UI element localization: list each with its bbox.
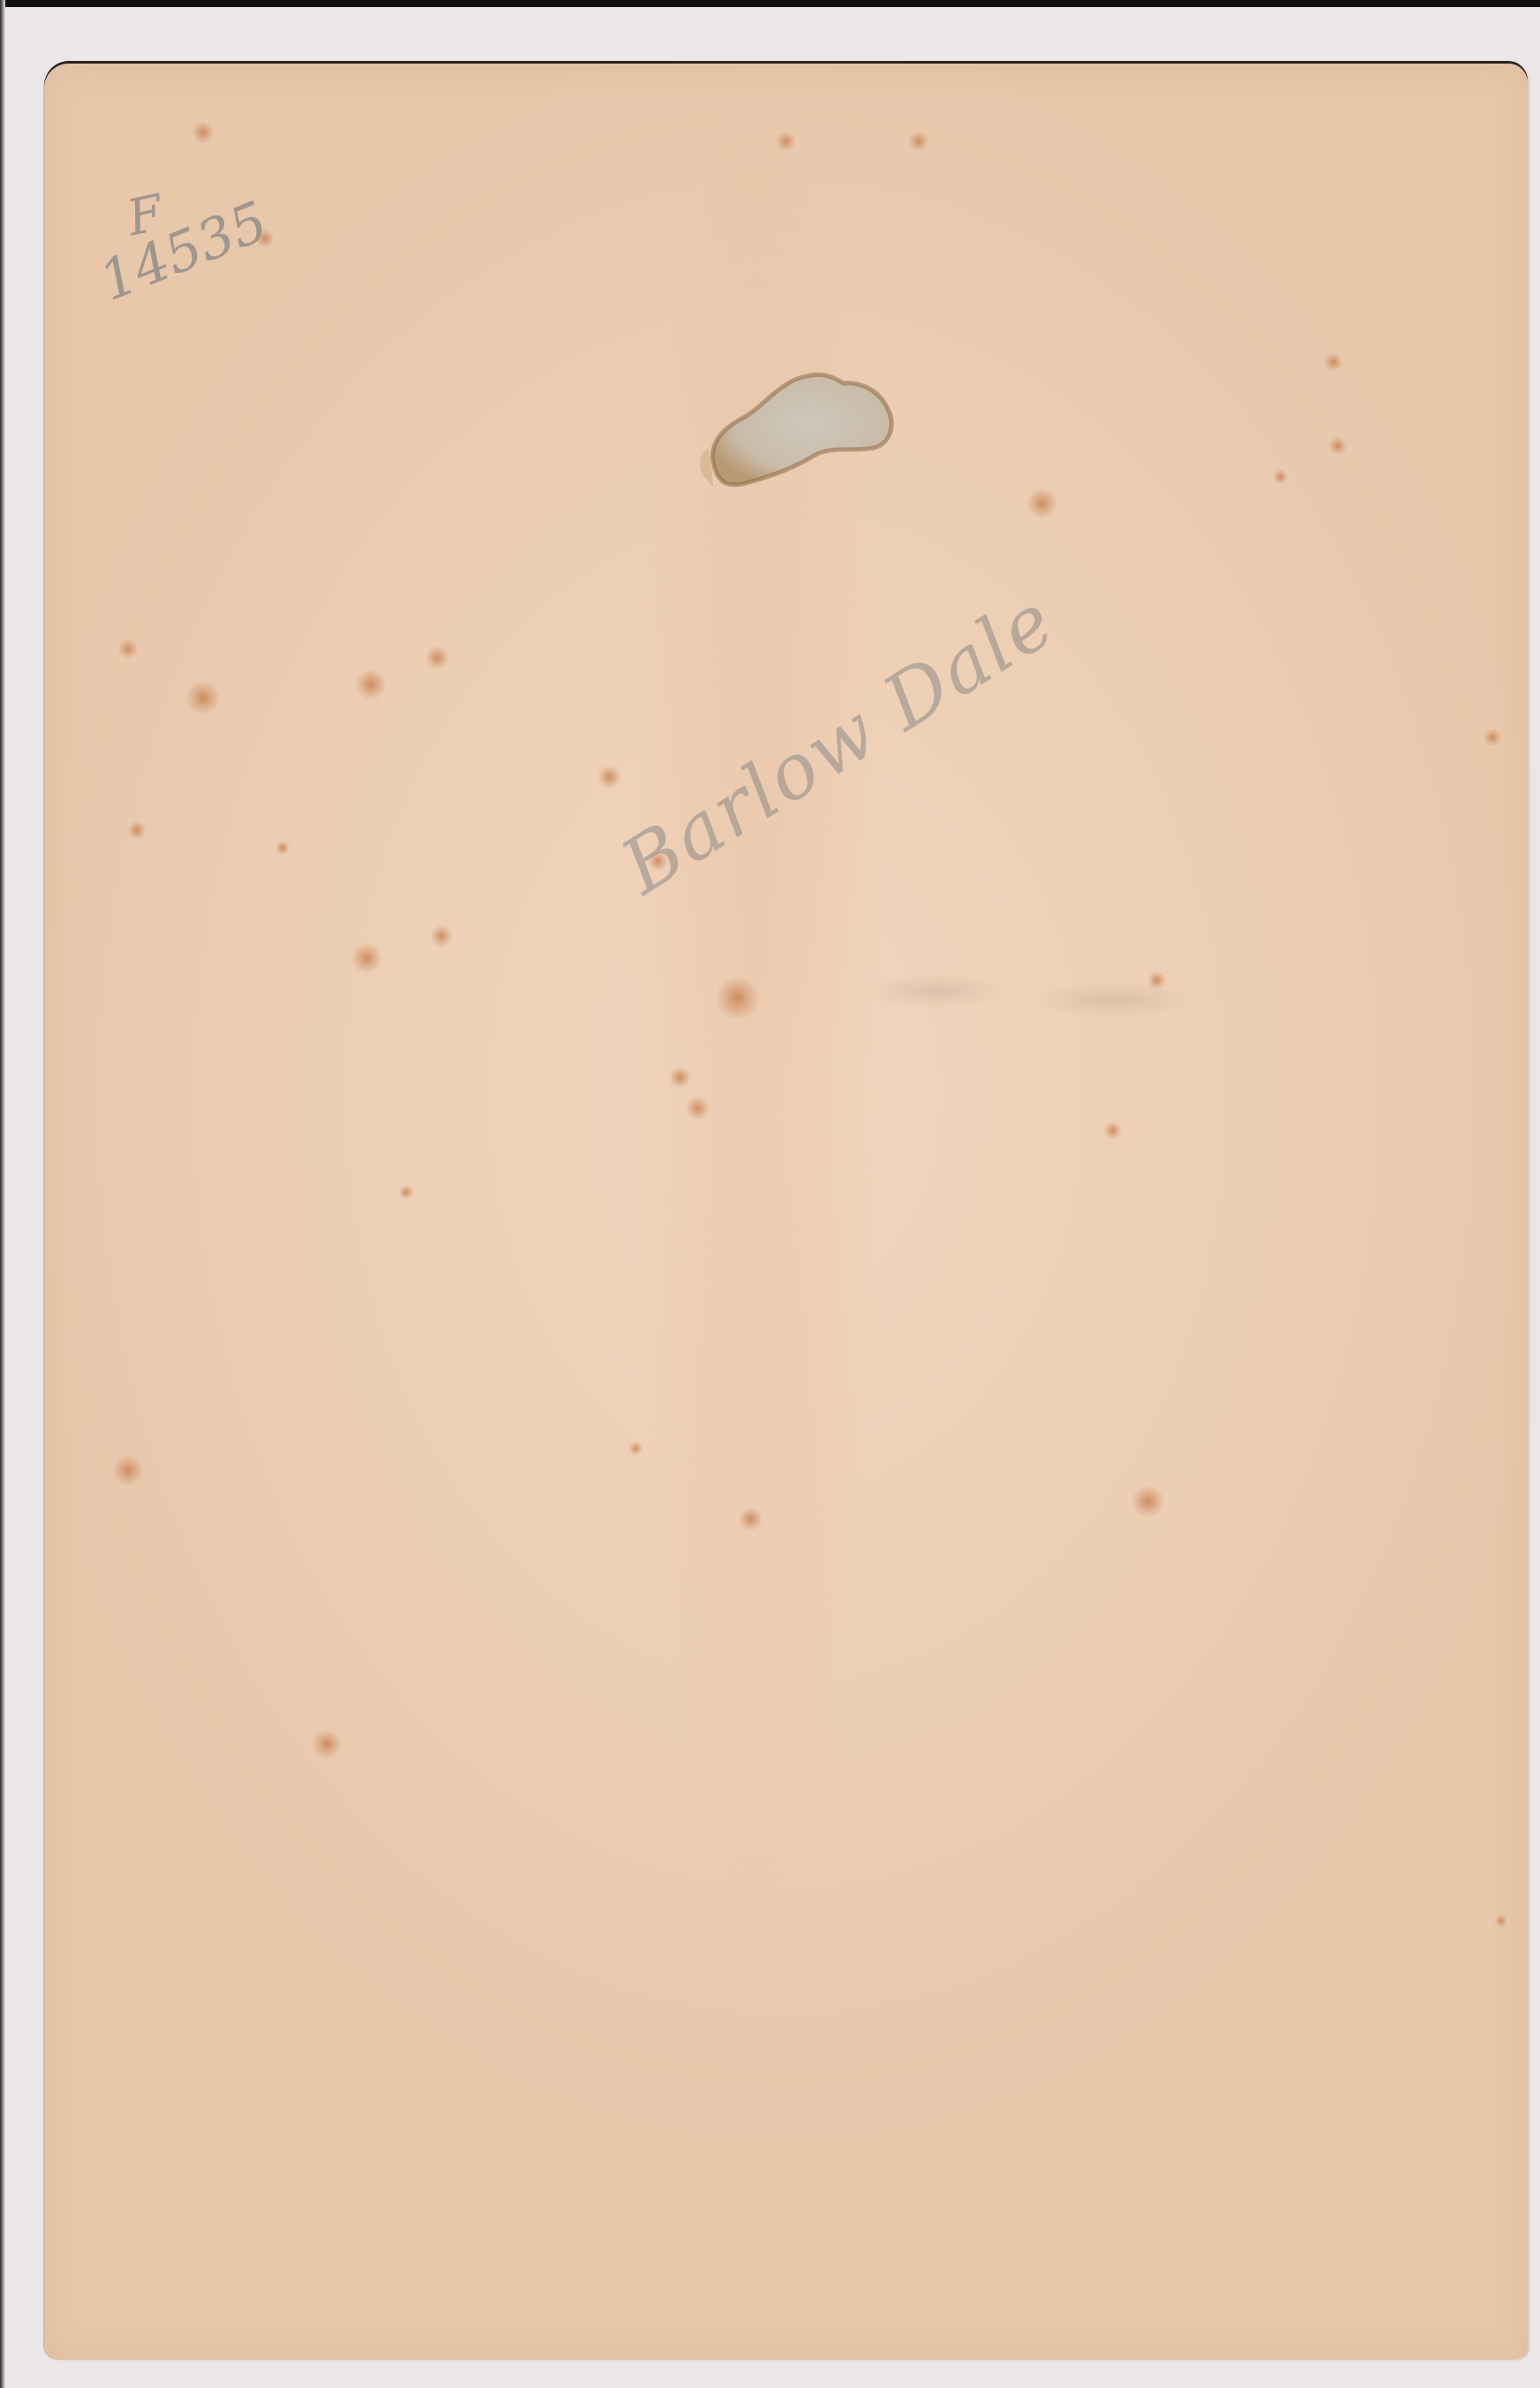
foxing-spot bbox=[118, 639, 138, 659]
foxing-spot bbox=[669, 1067, 691, 1088]
foxing-spot bbox=[686, 1097, 709, 1120]
foxing-spot bbox=[1132, 1485, 1164, 1517]
foxing-spot bbox=[186, 681, 220, 714]
foxing-spot bbox=[1273, 470, 1288, 485]
foxing-spot bbox=[1483, 729, 1500, 745]
foxing-spot bbox=[351, 943, 381, 973]
foxing-spot bbox=[276, 841, 291, 856]
foxing-spot bbox=[426, 646, 449, 669]
foxing-spot bbox=[629, 1441, 644, 1456]
foxing-spot bbox=[1027, 488, 1057, 518]
adhesive-stain bbox=[698, 364, 910, 496]
foxing-spot bbox=[1329, 437, 1346, 454]
foxing-spot bbox=[716, 977, 759, 1019]
foxing-spot bbox=[598, 766, 621, 789]
foxing-spot bbox=[128, 821, 145, 838]
foxing-spot bbox=[739, 1508, 762, 1530]
scanner-background: F 14535 Barlow Dale bbox=[0, 0, 1540, 2388]
cabinet-card-back: F 14535 Barlow Dale bbox=[44, 64, 1528, 2360]
foxing-spot bbox=[909, 132, 928, 151]
foxing-spot bbox=[313, 1730, 340, 1757]
catalog-number: 14535 bbox=[91, 188, 276, 314]
scanner-edge-shadow bbox=[0, 0, 5, 2388]
smudge bbox=[865, 973, 1007, 1009]
foxing-spot bbox=[192, 122, 214, 143]
scanner-lid-shadow bbox=[0, 0, 1540, 7]
foxing-spot bbox=[356, 669, 386, 699]
smudge bbox=[1033, 982, 1192, 1017]
foxing-spot bbox=[113, 1455, 143, 1485]
foxing-spot bbox=[1325, 353, 1341, 370]
foxing-spot bbox=[1495, 1915, 1507, 1927]
foxing-spot bbox=[776, 132, 796, 151]
foxing-spot bbox=[1104, 1122, 1121, 1138]
name-inscription: Barlow Dale bbox=[607, 576, 1070, 911]
foxing-spot bbox=[431, 926, 452, 947]
foxing-spot bbox=[399, 1185, 414, 1200]
